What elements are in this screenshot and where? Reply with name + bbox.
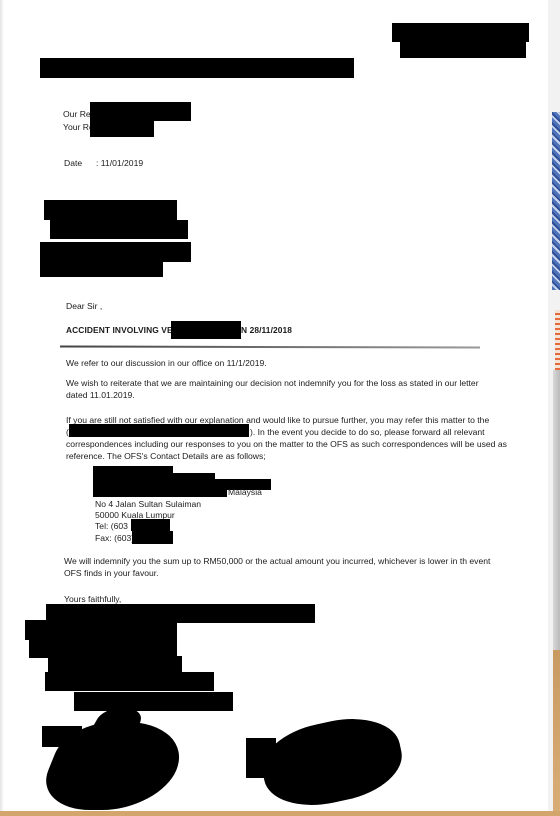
redacted-letterhead-bar bbox=[40, 58, 354, 78]
redacted-recipient-line1 bbox=[44, 200, 177, 220]
redacted-recipient-line4 bbox=[40, 260, 163, 277]
background-wood-table bbox=[553, 650, 560, 816]
ofs-tel-label: Tel: (603 bbox=[95, 520, 128, 532]
letter-page: Our Ref Your Ref Date : 11/01/2019 Dear … bbox=[0, 0, 548, 816]
redacted-recipient-line3 bbox=[40, 242, 191, 262]
redacted-ofs-name bbox=[69, 424, 249, 437]
redacted-signature-line6 bbox=[74, 692, 233, 711]
redacted-signature-line2 bbox=[25, 620, 177, 640]
ofs-fax-label: Fax: (603) bbox=[95, 532, 134, 544]
date-value: : 11/01/2019 bbox=[96, 157, 143, 169]
redacted-stamp-right-bar bbox=[246, 738, 276, 778]
ofs-country: Malaysia bbox=[228, 486, 262, 498]
redacted-letterhead-right-2 bbox=[400, 40, 526, 58]
subject-divider bbox=[60, 345, 480, 348]
subject-prefix: ACCIDENT INVOLVING VEHIC bbox=[66, 325, 187, 335]
page-left-shadow bbox=[0, 0, 4, 816]
background-patterned-paper bbox=[552, 112, 560, 290]
background-orange-stripe bbox=[555, 310, 560, 370]
redacted-subject-vehicle bbox=[171, 321, 241, 339]
background-wood-table-bottom bbox=[0, 811, 560, 816]
redacted-your-ref bbox=[90, 119, 154, 137]
redacted-ofs-tel bbox=[131, 519, 170, 531]
subject-suffix: N 28/11/2018 bbox=[241, 325, 292, 335]
redacted-stamp-right bbox=[255, 708, 409, 815]
redacted-signature-line3 bbox=[29, 638, 177, 658]
paragraph-3-line-3: correspondences including our responses … bbox=[66, 438, 507, 450]
salutation: Dear Sir , bbox=[66, 300, 102, 312]
redacted-signature-line5 bbox=[45, 672, 214, 691]
redacted-ofs-line4 bbox=[93, 487, 227, 497]
closing-paragraph: We will indemnify you the sum up to RM50… bbox=[64, 555, 492, 580]
paragraph-1: We refer to our discussion in our office… bbox=[66, 357, 267, 369]
paragraph-3-line-4: reference. The OFS's Contact Details are… bbox=[66, 450, 266, 462]
background-grey-sheet bbox=[553, 370, 560, 650]
paragraph-2: We wish to reiterate that we are maintai… bbox=[66, 377, 491, 402]
redacted-recipient-line2 bbox=[50, 220, 188, 239]
our-ref-label: Our Ref bbox=[63, 108, 93, 120]
redacted-ofs-fax bbox=[132, 531, 173, 544]
date-label: Date bbox=[64, 157, 82, 169]
paragraph-3-line-2-end: ). In the event you decide to do so, ple… bbox=[250, 426, 485, 438]
